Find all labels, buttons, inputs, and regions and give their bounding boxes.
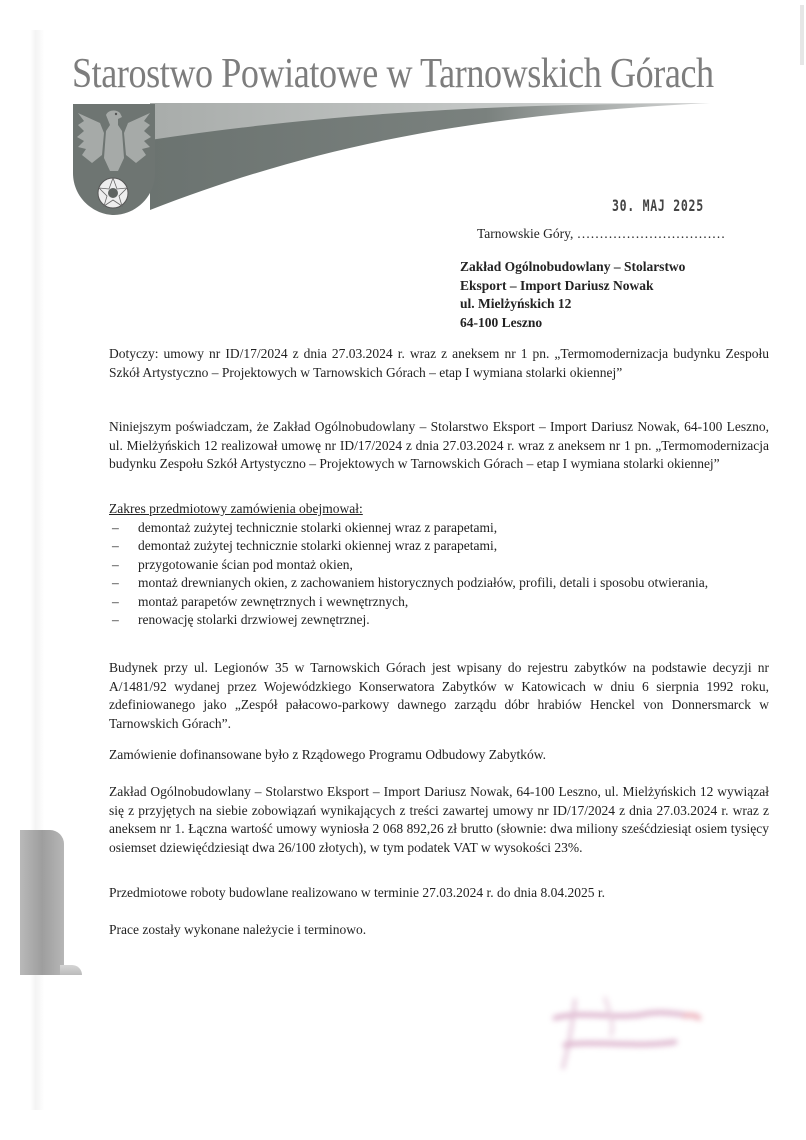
scope-item: –demontaż zużytej technicznie stolarki o… — [109, 519, 769, 538]
scope-item: –renowację stolarki drzwiowej zewnętrzne… — [109, 611, 769, 630]
received-date-stamp: 30. MAJ 2025 — [612, 196, 704, 215]
contractor-paragraph: Zakład Ogólnobudowlany – Stolarstwo Eksp… — [109, 783, 769, 857]
scan-binding-mark — [20, 830, 64, 975]
scope-section: Zakres przedmiotowy zamówienia obejmował… — [109, 500, 769, 630]
coat-of-arms-icon — [72, 103, 156, 216]
recipient-line: Zakład Ogólnobudowlany – Stolarstwo — [460, 258, 685, 277]
intro-paragraph: Niniejszym poświadczam, że Zakład Ogólno… — [109, 418, 769, 474]
dash-bullet-icon: – — [112, 519, 119, 538]
period-paragraph: Przedmiotowe roboty budowlane realizowan… — [109, 884, 769, 903]
recipient-line: Eksport – Import Dariusz Nowak — [460, 277, 685, 296]
recipient-address: Zakład Ogólnobudowlany – Stolarstwo Eksp… — [460, 258, 685, 332]
recipient-line: ul. Mielżyńskich 12 — [460, 295, 685, 314]
completion-paragraph: Prace zostały wykonane należycie i termi… — [109, 921, 769, 940]
organization-title: Starostwo Powiatowe w Tarnowskich Górach — [72, 50, 714, 98]
dash-bullet-icon: – — [112, 593, 119, 612]
dash-bullet-icon: – — [112, 537, 119, 556]
scope-list: –demontaż zużytej technicznie stolarki o… — [109, 519, 769, 630]
scope-item: –montaż drewnianych okien, z zachowaniem… — [109, 574, 769, 593]
dash-bullet-icon: – — [112, 611, 119, 630]
signature-icon — [545, 990, 705, 1080]
recipient-line: 64-100 Leszno — [460, 314, 685, 333]
scope-item: –montaż parapetów zewnętrznych i wewnętr… — [109, 593, 769, 612]
letter-page: Starostwo Powiatowe w Tarnowskich Górach — [0, 0, 806, 1140]
funding-paragraph: Zamówienie dofinansowane było z Rządoweg… — [109, 746, 769, 765]
dash-bullet-icon: – — [112, 574, 119, 593]
scan-edge-shadow-right — [800, 5, 804, 65]
place-and-date-line: Tarnowskie Góry, …………………………… — [477, 226, 725, 242]
scope-item: –przygotowanie ścian pod montaż okien, — [109, 556, 769, 575]
building-paragraph: Budynek przy ul. Legionów 35 w Tarnowski… — [109, 659, 769, 733]
scope-title: Zakres przedmiotowy zamówienia obejmował… — [109, 500, 769, 519]
dash-bullet-icon: – — [112, 556, 119, 575]
subject-paragraph: Dotyczy: umowy nr ID/17/2024 z dnia 27.0… — [109, 345, 769, 382]
scope-item: –demontaż zużytej technicznie stolarki o… — [109, 537, 769, 556]
